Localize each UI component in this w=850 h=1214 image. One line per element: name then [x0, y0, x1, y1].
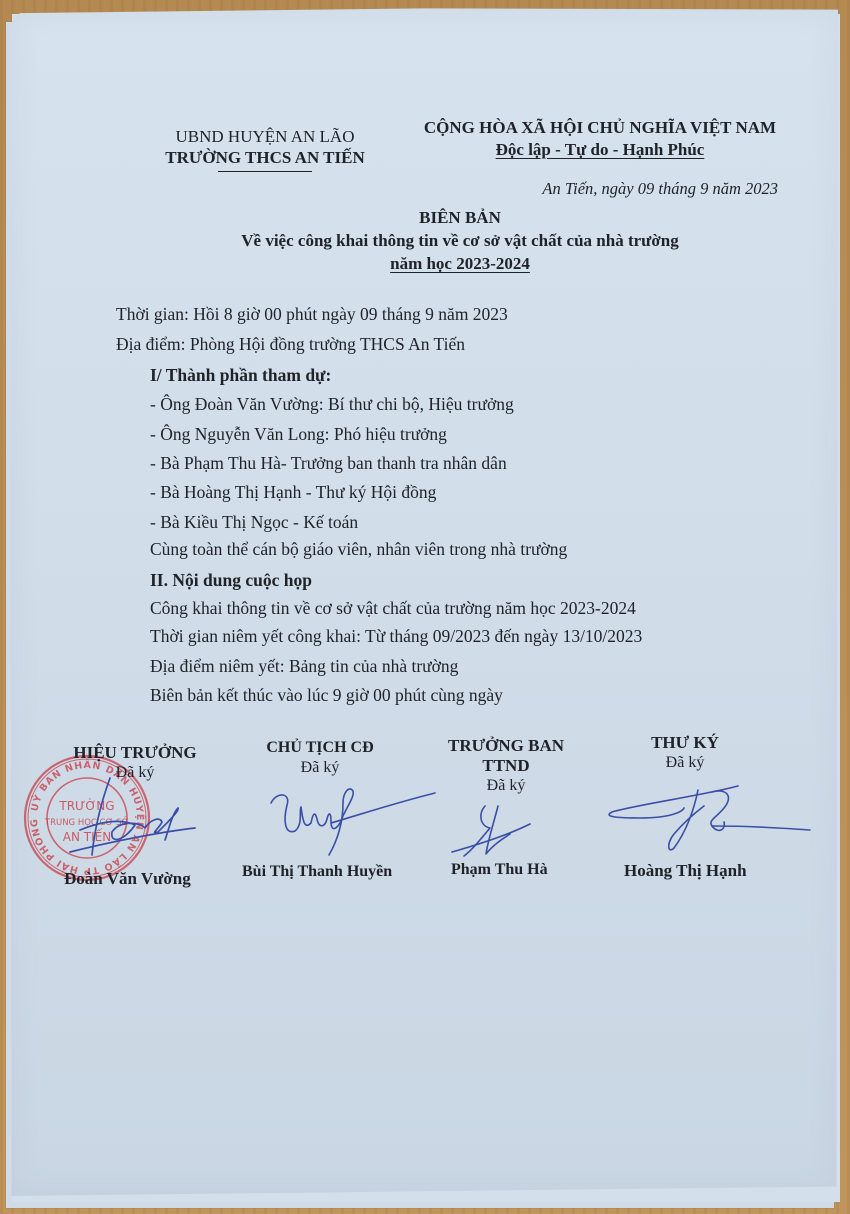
signature-role: THƯ KÝ: [620, 733, 750, 753]
signature-role: HIỆU TRƯỞNG: [50, 743, 220, 763]
signature-role: TRƯỞNG BAN: [436, 736, 576, 756]
signature-name: Đoàn Văn Vường: [64, 869, 191, 889]
section1-heading: I/ Thành phần tham dự:: [150, 364, 331, 386]
signature-scribble-secretary: [600, 782, 820, 862]
signature-scribble-principal: [40, 770, 210, 870]
signed-note: Đã ký: [620, 753, 750, 773]
header-right: CỘNG HÒA XÃ HỘI CHỦ NGHĨA VIỆT NAM Độc l…: [410, 117, 790, 161]
attendee-item: - Bà Phạm Thu Hà- Trưởng ban thanh tra n…: [150, 452, 507, 474]
national-motto: Độc lập - Tự do - Hạnh Phúc: [410, 139, 790, 161]
national-title: CỘNG HÒA XÃ HỘI CHỦ NGHĨA VIỆT NAM: [410, 117, 790, 139]
document-title-block: BIÊN BẢN Về việc công khai thông tin về …: [110, 206, 810, 275]
signature-block-inspection-head: TRƯỞNG BAN TTND Đã ký: [436, 736, 576, 796]
header-left-underline: [218, 171, 312, 172]
school-name: TRƯỜNG THCS AN TIẾN: [150, 147, 380, 168]
signature-name: Phạm Thu Hà: [451, 861, 548, 879]
date-line: An Tiến, ngày 09 tháng 9 năm 2023: [542, 179, 778, 199]
attendee-item: - Ông Đoàn Văn Vường: Bí thư chi bộ, Hiệ…: [150, 393, 514, 415]
document-year: năm học 2023-2024: [110, 252, 810, 275]
content-line: Thời gian niêm yết công khai: Từ tháng 0…: [150, 625, 642, 647]
signed-note: Đã ký: [436, 776, 576, 796]
attendee-item: - Bà Kiều Thị Ngọc - Kế toán: [150, 511, 358, 533]
signature-block-secretary: THƯ KÝ Đã ký: [620, 733, 750, 773]
meeting-location: Địa điểm: Phòng Hội đồng trường THCS An …: [116, 333, 465, 355]
section2-heading: II. Nội dung cuộc họp: [150, 569, 312, 591]
document-subtitle: Về việc công khai thông tin về cơ sở vật…: [110, 229, 810, 252]
content-line: Địa điểm niêm yết: Bảng tin của nhà trườ…: [150, 655, 458, 677]
signature-name: Hoàng Thị Hạnh: [624, 861, 747, 881]
content-line: Công khai thông tin về cơ sở vật chất củ…: [150, 597, 636, 619]
document-title: BIÊN BẢN: [110, 206, 810, 229]
signature-role-line2: TTND: [436, 756, 576, 776]
attendee-item: - Ông Nguyễn Văn Long: Phó hiệu trưởng: [150, 423, 447, 445]
header-left: UBND HUYỆN AN LÃO TRƯỜNG THCS AN TIẾN: [150, 126, 380, 172]
signature-role: CHỦ TỊCH CĐ: [240, 738, 400, 758]
attendee-item: - Bà Hoàng Thị Hạnh - Thư ký Hội đồng: [150, 481, 436, 503]
agency-name: UBND HUYỆN AN LÃO: [150, 126, 380, 147]
signature-block-union-chair: CHỦ TỊCH CĐ Đã ký: [240, 738, 400, 778]
content-line: Biên bản kết thúc vào lúc 9 giờ 00 phút …: [150, 684, 503, 706]
signature-scribble-union-chair: [265, 783, 445, 863]
signature-name: Bùi Thị Thanh Huyền: [242, 863, 392, 881]
signed-note: Đã ký: [240, 758, 400, 778]
signature-scribble-inspection-head: [450, 800, 550, 860]
meeting-time: Thời gian: Hồi 8 giờ 00 phút ngày 09 thá…: [116, 303, 508, 325]
attendees-closing: Cùng toàn thể cán bộ giáo viên, nhân viê…: [150, 538, 567, 560]
